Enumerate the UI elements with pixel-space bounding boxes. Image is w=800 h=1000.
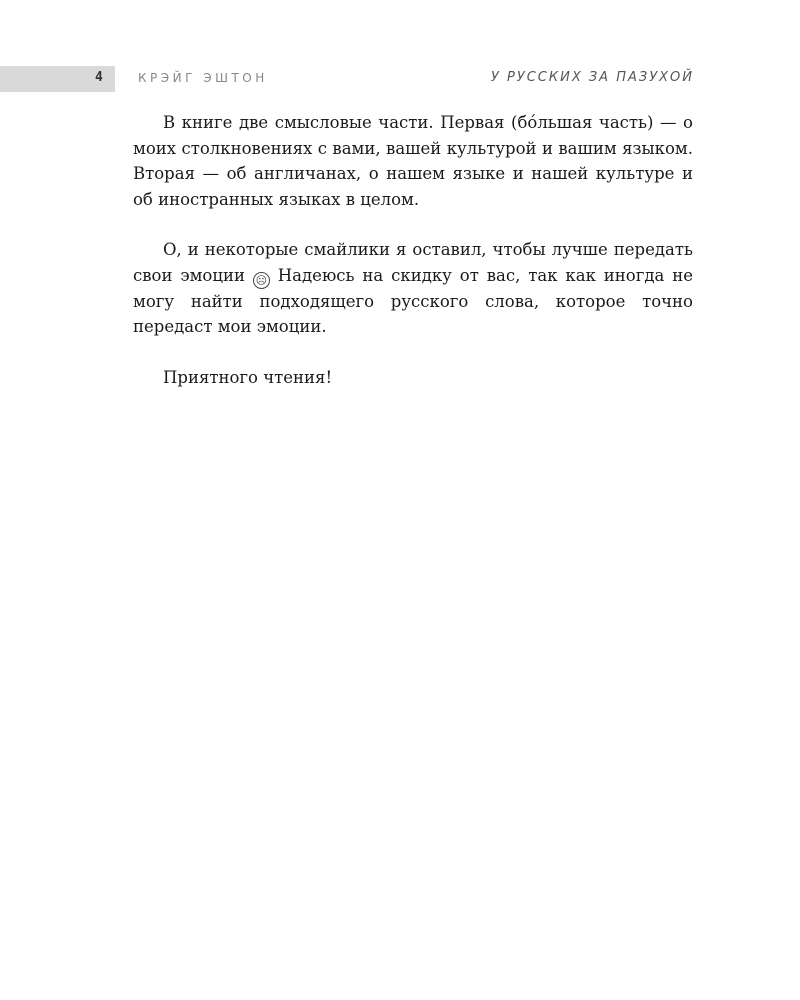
running-head-author: КРЭЙГ ЭШТОН: [138, 71, 268, 85]
page-number: 4: [95, 70, 103, 85]
sad-smiley-icon: ☹: [253, 272, 270, 289]
running-head-title: У РУССКИХ ЗА ПАЗУХОЙ: [491, 70, 694, 85]
paragraph-parts: В книге две смысловые части. Первая (бóл…: [133, 110, 693, 212]
paragraph-smileys: О, и некоторые смайлики я оставил, чтобы…: [133, 237, 693, 340]
paragraph-closing: Приятного чтения!: [133, 365, 693, 391]
page-body: В книге две смысловые части. Первая (бóл…: [133, 110, 693, 415]
